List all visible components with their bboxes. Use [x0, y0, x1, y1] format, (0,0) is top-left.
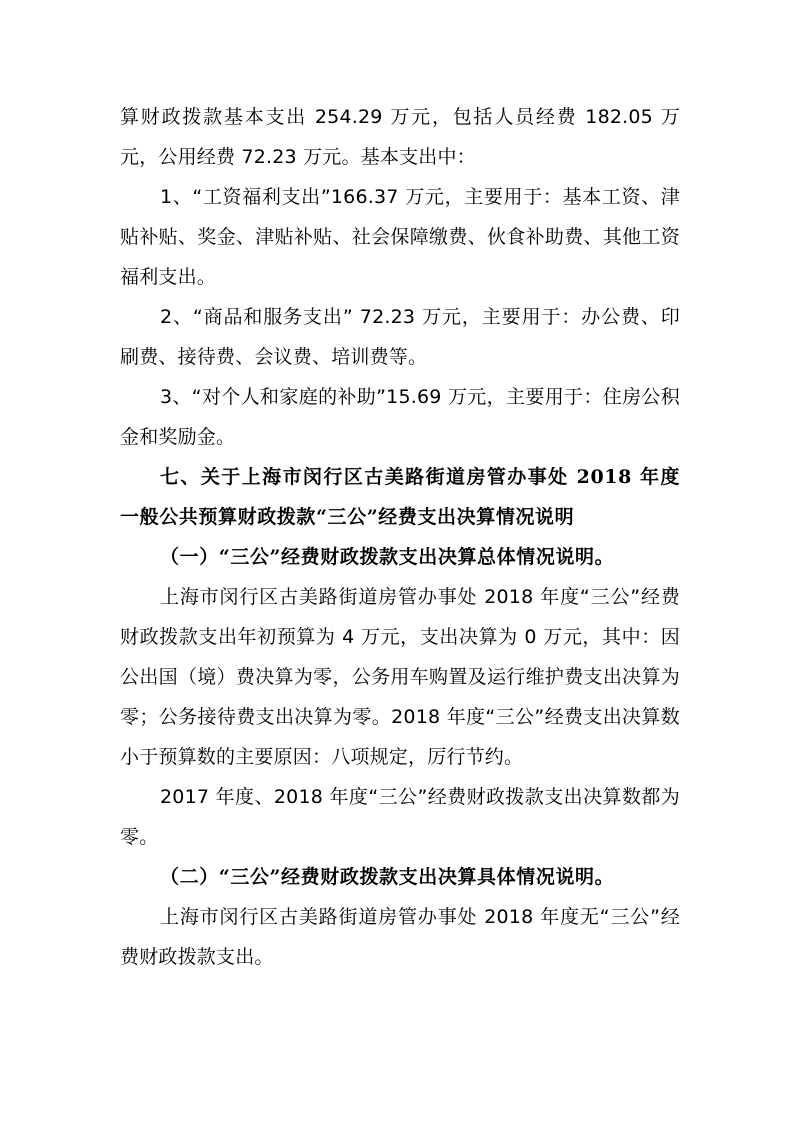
subsection-heading-1: （一）“三公”经费财政拨款支出决算总体情况说明。: [120, 537, 680, 577]
paragraph-three-public-overview: 上海市闵行区古美路街道房管办事处 2018 年度“三公”经费财政拨款支出年初预算…: [120, 577, 680, 777]
paragraph-item-3-subsidies: 3、“对个人和家庭的补助”15.69 万元，主要用于：住房公积金和奖励金。: [120, 377, 680, 457]
section-heading-7: 七、关于上海市闵行区古美路街道房管办事处 2018 年度一般公共预算财政拨款“三…: [120, 457, 680, 537]
document-page: 算财政拨款基本支出 254.29 万元，包括人员经费 182.05 万元，公用经…: [120, 97, 680, 977]
paragraph-item-1-salary-welfare: 1、“工资福利支出”166.37 万元，主要用于：基本工资、津贴补贴、奖金、津贴…: [120, 177, 680, 297]
paragraph-basic-expenditure: 算财政拨款基本支出 254.29 万元，包括人员经费 182.05 万元，公用经…: [120, 97, 680, 177]
subsection-heading-2: （二）“三公”经费财政拨款支出决算具体情况说明。: [120, 857, 680, 897]
paragraph-three-public-detail: 上海市闵行区古美路街道房管办事处 2018 年度无“三公”经费财政拨款支出。: [120, 897, 680, 977]
paragraph-item-2-goods-services: 2、“商品和服务支出” 72.23 万元，主要用于：办公费、印刷费、接待费、会议…: [120, 297, 680, 377]
paragraph-year-comparison: 2017 年度、2018 年度“三公”经费财政拨款支出决算数都为零。: [120, 777, 680, 857]
